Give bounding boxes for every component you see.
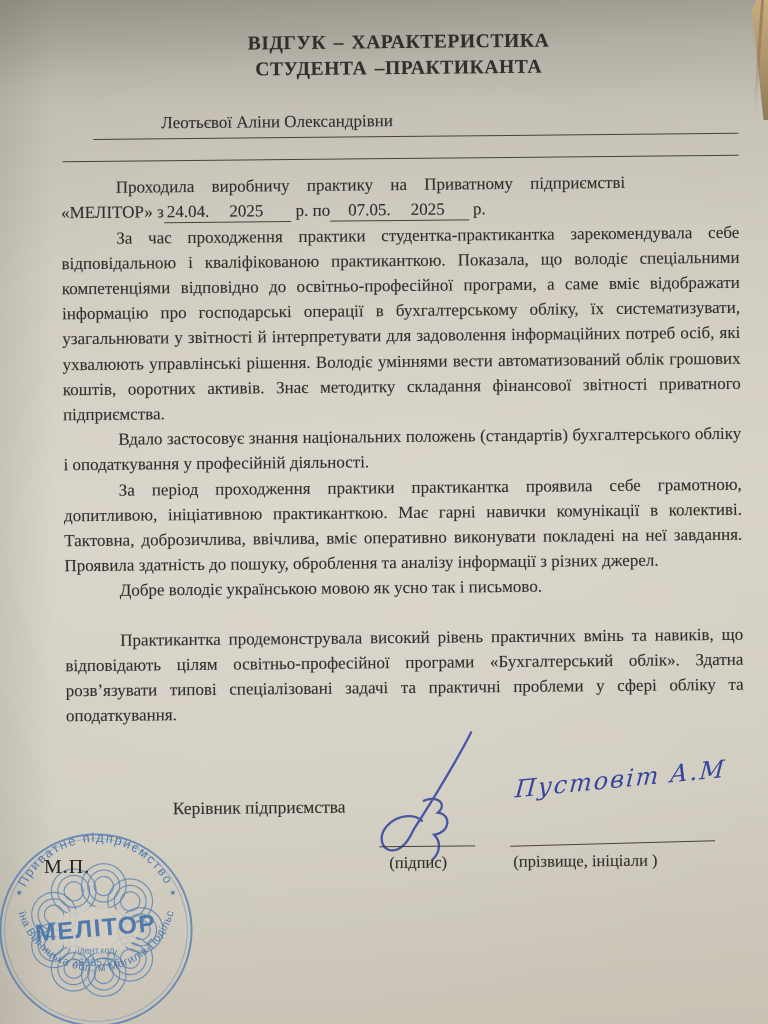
paragraph-competencies: За час проходження практики студентка-пр… bbox=[61, 219, 741, 427]
stamp-place-label: М.П. bbox=[44, 856, 90, 879]
mid-label: р. по bbox=[295, 201, 330, 220]
document-photo: ВІДГУК – ХАРАКТЕРИСТИКА СТУДЕНТА –ПРАКТИ… bbox=[0, 0, 768, 1024]
document-content: ВІДГУК – ХАРАКТЕРИСТИКА СТУДЕНТА –ПРАКТИ… bbox=[59, 23, 744, 729]
year-to: 2025 bbox=[399, 200, 469, 222]
title-line-2: СТУДЕНТА –ПРАКТИКАНТА bbox=[60, 53, 738, 86]
year-from: 2025 bbox=[217, 201, 291, 223]
signature-caption: (підпис) bbox=[389, 850, 447, 876]
date-to: 07.05. bbox=[330, 200, 399, 222]
intro-lead-2: «МЕЛІТОР» з bbox=[61, 203, 164, 223]
paragraph-language: Добре володіє українською мовою як усно … bbox=[65, 572, 743, 604]
director-label: Керівник підприємства bbox=[173, 795, 346, 822]
stamp-id-label: ідент.код bbox=[77, 945, 115, 955]
date-from: 24.04. bbox=[164, 202, 218, 224]
stamp-id-code: 36965776 bbox=[72, 957, 119, 969]
practice-period-paragraph: Проходила виробничу практику на Приватно… bbox=[61, 169, 739, 226]
paragraph-standards: Вдало застосовує знання національних пол… bbox=[63, 421, 741, 478]
intro-lead-1: Проходила виробничу практику на Приватно… bbox=[116, 173, 625, 197]
student-name: Леотьєвої Аліни Олександрівни bbox=[161, 111, 393, 132]
end-label: р. bbox=[473, 200, 486, 219]
paragraph-conclusion: Практикантка продемонструвала високий рі… bbox=[65, 621, 744, 728]
company-stamp-icon: ٭ Приватне підприємство ٭ Україна Вінниц… bbox=[0, 828, 198, 1024]
stamp-company-name: МЕЛІТОР bbox=[34, 910, 157, 947]
name-caption: (прізвище, ініціали ) bbox=[513, 848, 657, 875]
paragraph-personal-qualities: За період проходження практики практикан… bbox=[64, 471, 743, 578]
document-title: ВІДГУК – ХАРАКТЕРИСТИКА СТУДЕНТА –ПРАКТИ… bbox=[59, 27, 737, 86]
